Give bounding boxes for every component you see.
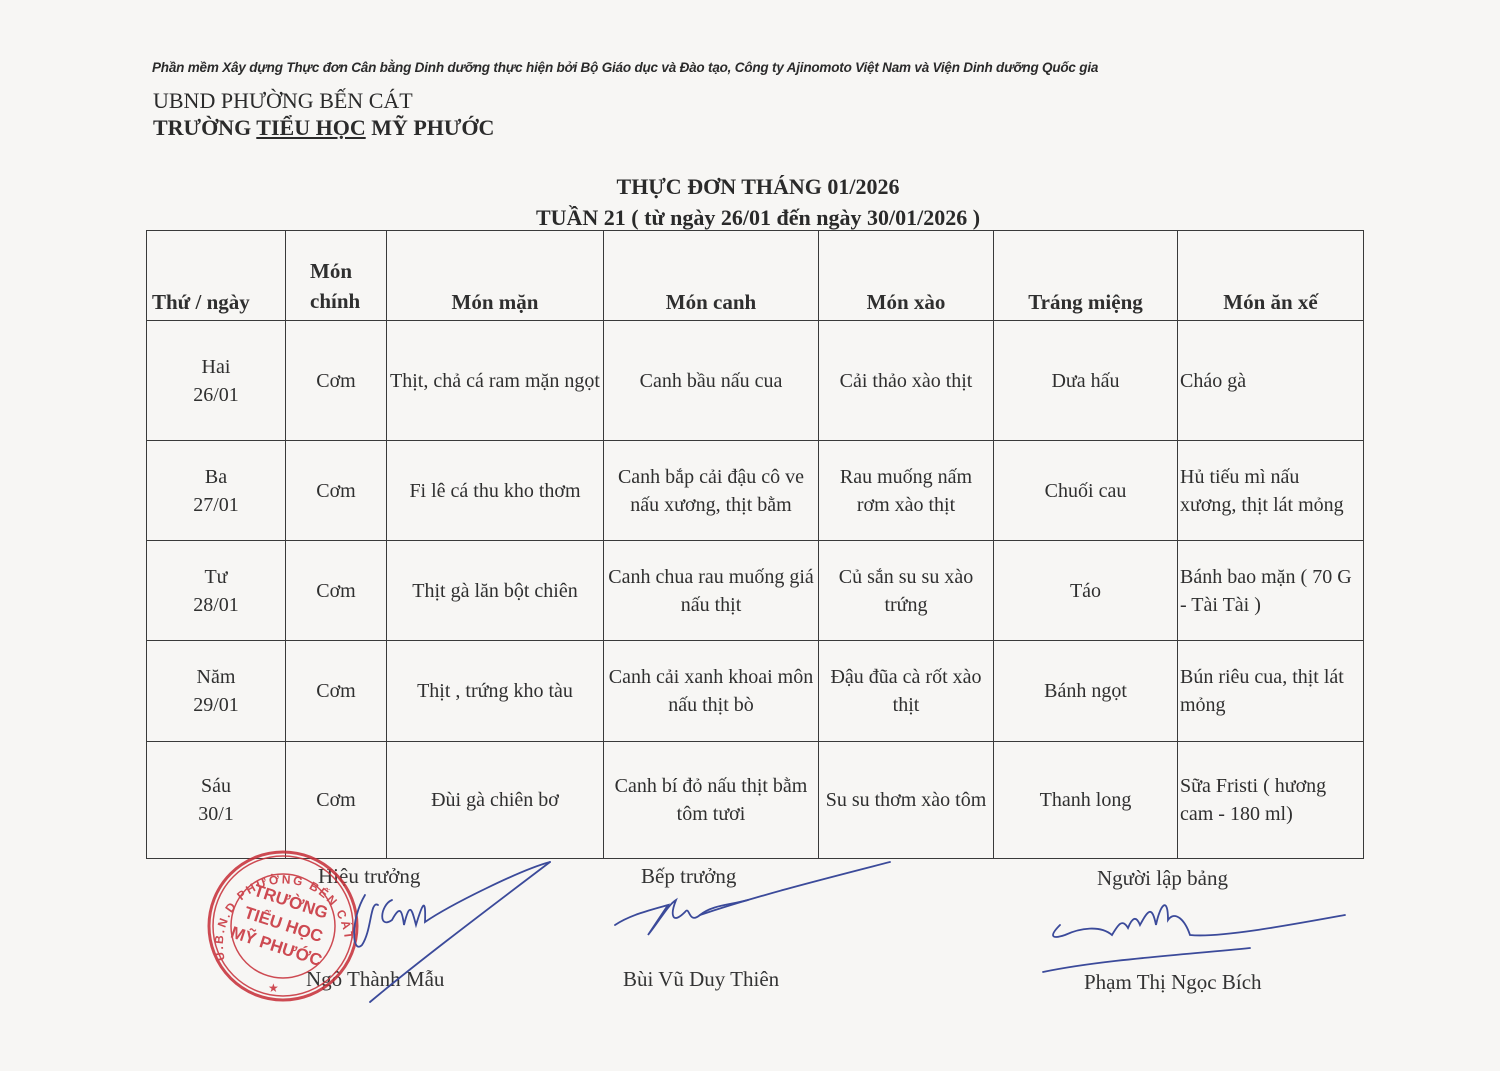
salty-dish-cell: Thịt , trứng kho tàu	[387, 641, 604, 742]
menu-title: THỰC ĐƠN THÁNG 01/2026	[0, 174, 1500, 200]
school-name: TRƯỜNG TIỂU HỌC MỸ PHƯỚC	[153, 115, 494, 141]
stir-fry-cell: Rau muống nấm rơm xào thịt	[819, 441, 994, 541]
col-header-salty-dish: Món mặn	[387, 231, 604, 321]
snack-cell: Sữa Fristi ( hương cam - 180 ml)	[1178, 742, 1364, 859]
salty-dish-cell: Thịt gà lăn bột chiên	[387, 541, 604, 641]
col-header-day: Thứ / ngày	[147, 231, 286, 321]
table-row: Năm29/01 Cơm Thịt , trứng kho tàu Canh c…	[147, 641, 1364, 742]
soup-cell: Canh bí đỏ nấu thịt bằm tôm tươi	[604, 742, 819, 859]
snack-cell: Bún riêu cua, thịt lát mỏng	[1178, 641, 1364, 742]
signature-preparer-icon	[1043, 905, 1345, 972]
col-header-main-dish: Món chính	[286, 231, 387, 321]
main-dish-cell: Cơm	[286, 441, 387, 541]
col-header-main-line2: chính	[310, 289, 360, 313]
signature-name-preparer: Phạm Thị Ngọc Bích	[1084, 970, 1262, 995]
day-name: Ba	[205, 466, 227, 488]
svg-text:★: ★	[268, 981, 279, 995]
day-name: Tư	[204, 566, 227, 588]
day-cell: Sáu30/1	[147, 742, 286, 859]
menu-week-subtitle: TUẦN 21 ( từ ngày 26/01 đến ngày 30/01/2…	[0, 205, 1500, 231]
day-name: Hai	[202, 356, 231, 378]
col-header-snack: Món ăn xế	[1178, 231, 1364, 321]
table-header-row: Thứ / ngày Món chính Món mặn Món canh Mó…	[147, 231, 1364, 321]
soup-cell: Canh bắp cải đậu cô ve nấu xương, thịt b…	[604, 441, 819, 541]
school-name-suffix: MỸ PHƯỚC	[366, 115, 495, 140]
signature-title-head-chef: Bếp trưởng	[641, 864, 736, 889]
day-date: 26/01	[193, 384, 239, 406]
signature-name-principal: Ngô Thành Mẫu	[306, 967, 444, 992]
day-name: Sáu	[201, 775, 231, 797]
main-dish-cell: Cơm	[286, 321, 387, 441]
dessert-cell: Thanh long	[994, 742, 1178, 859]
table-row: Hai26/01 Cơm Thịt, chả cá ram mặn ngọt C…	[147, 321, 1364, 441]
soup-cell: Canh chua rau muống giá nấu thịt	[604, 541, 819, 641]
dessert-cell: Dưa hấu	[994, 321, 1178, 441]
signature-name-head-chef: Bùi Vũ Duy Thiên	[623, 967, 779, 992]
dessert-cell: Bánh ngọt	[994, 641, 1178, 742]
stir-fry-cell: Đậu đũa cà rốt xào thịt	[819, 641, 994, 742]
salty-dish-cell: Fi lê cá thu kho thơm	[387, 441, 604, 541]
dessert-cell: Táo	[994, 541, 1178, 641]
day-date: 30/1	[198, 803, 234, 825]
salty-dish-cell: Thịt, chả cá ram mặn ngọt	[387, 321, 604, 441]
table-row: Tư28/01 Cơm Thịt gà lăn bột chiên Canh c…	[147, 541, 1364, 641]
stir-fry-cell: Củ sắn su su xào trứng	[819, 541, 994, 641]
stamp-line2: TIỂU HỌC	[242, 903, 325, 946]
col-header-stir-fry: Món xào	[819, 231, 994, 321]
day-date: 28/01	[193, 594, 239, 616]
stir-fry-cell: Cải thảo xào thịt	[819, 321, 994, 441]
day-cell: Ba27/01	[147, 441, 286, 541]
software-credit-note: Phần mềm Xây dựng Thực đơn Cân bằng Dinh…	[152, 60, 1098, 75]
table-row: Ba27/01 Cơm Fi lê cá thu kho thơm Canh b…	[147, 441, 1364, 541]
day-date: 27/01	[193, 494, 239, 516]
col-header-main-line1: Món	[310, 259, 352, 283]
main-dish-cell: Cơm	[286, 742, 387, 859]
day-name: Năm	[197, 666, 236, 688]
day-cell: Năm29/01	[147, 641, 286, 742]
stamp-line3: MỸ PHƯỚC	[228, 922, 324, 970]
main-dish-cell: Cơm	[286, 641, 387, 742]
salty-dish-cell: Đùi gà chiên bơ	[387, 742, 604, 859]
col-header-soup: Món canh	[604, 231, 819, 321]
snack-cell: Hủ tiếu mì nấu xương, thịt lát mỏng	[1178, 441, 1364, 541]
signature-title-preparer: Người lập bảng	[1097, 866, 1228, 891]
col-header-dessert: Tráng miệng	[994, 231, 1178, 321]
weekly-menu-table: Thứ / ngày Món chính Món mặn Món canh Mó…	[146, 230, 1364, 859]
school-name-prefix: TRƯỜNG	[153, 115, 256, 140]
snack-cell: Cháo gà	[1178, 321, 1364, 441]
school-name-underlined: TIỂU HỌC	[256, 115, 365, 140]
signature-title-principal: Hiệu trưởng	[318, 864, 420, 889]
soup-cell: Canh cải xanh khoai môn nấu thịt bò	[604, 641, 819, 742]
dessert-cell: Chuối cau	[994, 441, 1178, 541]
main-dish-cell: Cơm	[286, 541, 387, 641]
stir-fry-cell: Su su thơm xào tôm	[819, 742, 994, 859]
day-cell: Tư28/01	[147, 541, 286, 641]
day-cell: Hai26/01	[147, 321, 286, 441]
soup-cell: Canh bầu nấu cua	[604, 321, 819, 441]
org-parent-name: UBND PHƯỜNG BẾN CÁT	[153, 88, 413, 114]
snack-cell: Bánh bao mặn ( 70 G - Tài Tài )	[1178, 541, 1364, 641]
day-date: 29/01	[193, 694, 239, 716]
table-row: Sáu30/1 Cơm Đùi gà chiên bơ Canh bí đỏ n…	[147, 742, 1364, 859]
